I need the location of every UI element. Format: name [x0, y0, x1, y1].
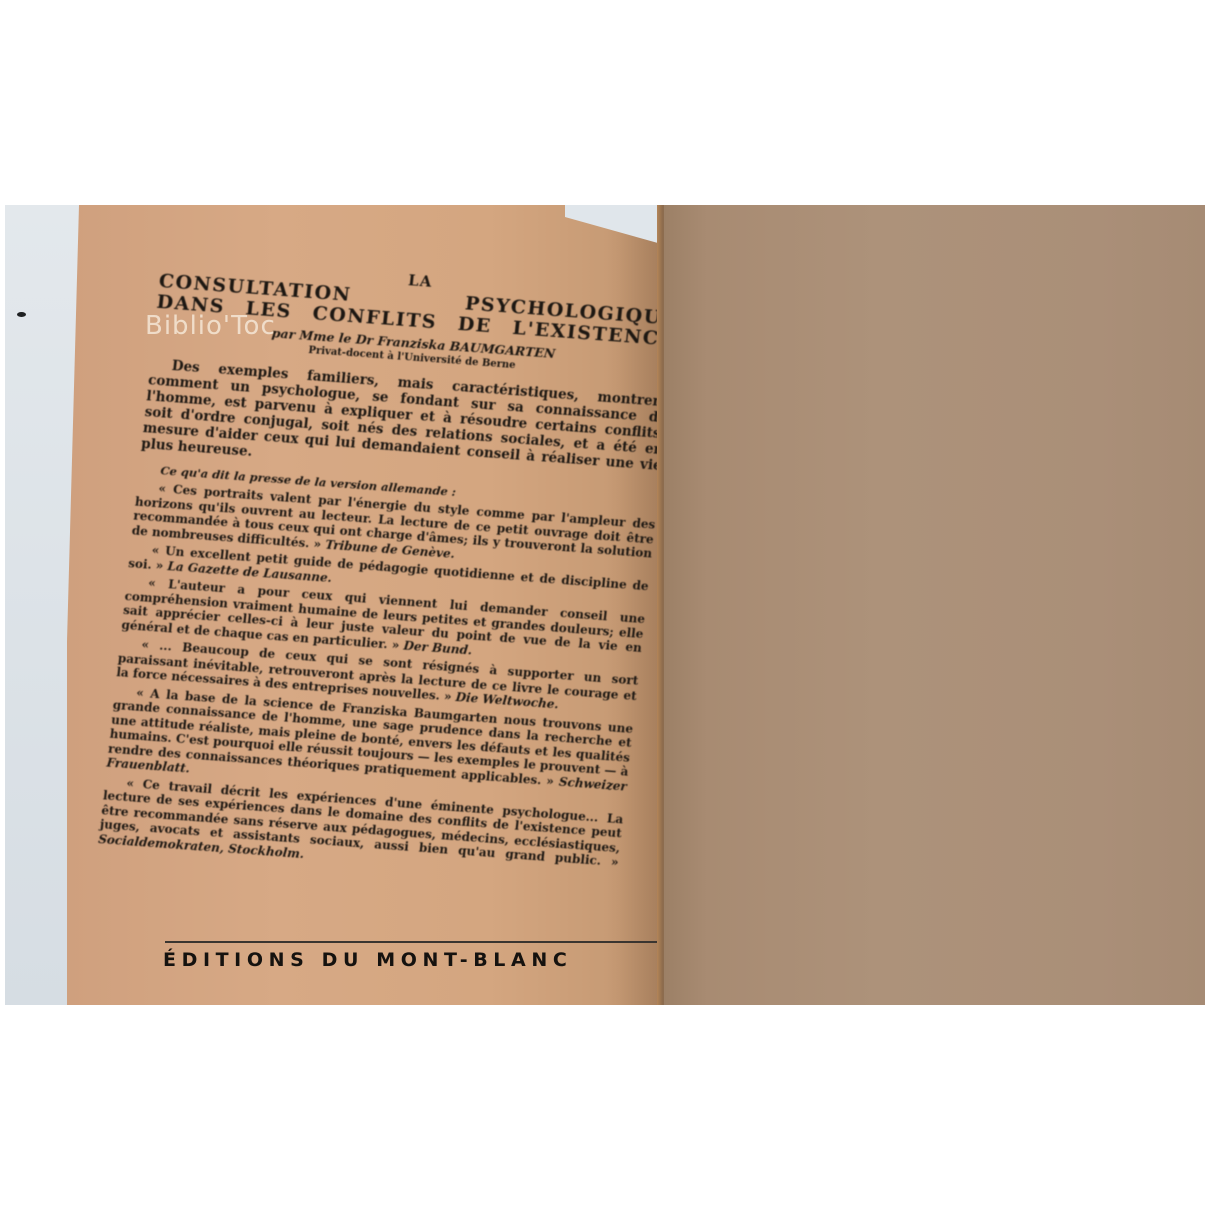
page-text-block: LA CONSULTATION PSYCHOLOGIQUE DANS LES C… — [97, 253, 680, 888]
footer-rule — [165, 941, 665, 943]
right-page-blank — [664, 205, 1205, 1005]
backdrop-speck — [17, 312, 26, 317]
book-photo: LA CONSULTATION PSYCHOLOGIQUE DANS LES C… — [5, 205, 1205, 1005]
watermark-logo: Biblio'Toc — [145, 311, 276, 341]
publisher-imprint: ÉDITIONS DU MONT-BLANC — [163, 949, 673, 971]
